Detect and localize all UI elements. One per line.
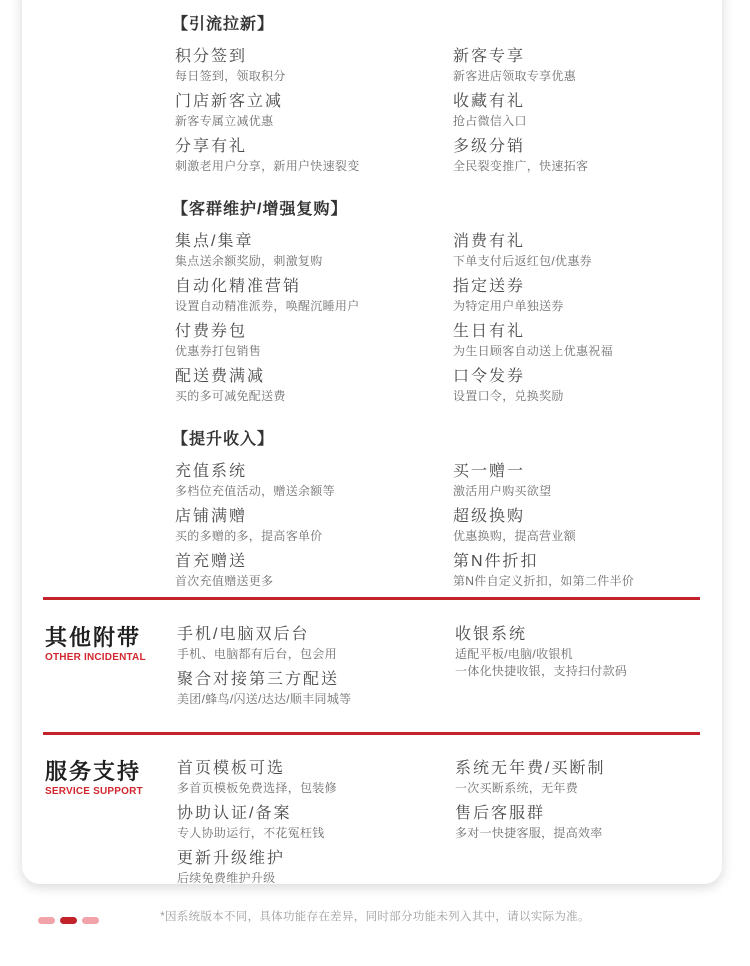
- feature-title: 售后客服群: [455, 804, 700, 824]
- band-side-heading: 其他附带 OTHER INCIDENTAL: [43, 625, 177, 664]
- feature-desc: 优惠换购，提高营业额: [453, 529, 702, 544]
- feature-desc: 为特定用户单独送券: [453, 299, 702, 314]
- feature-desc: 激活用户购买欲望: [453, 484, 702, 499]
- feature-title: 首页模板可选: [177, 759, 455, 779]
- feature-item: 口令发券 设置口令，兑换奖励: [453, 367, 702, 404]
- feature-title: 多级分销: [453, 137, 702, 157]
- feature-title: 新客专享: [453, 47, 702, 67]
- feature-desc: 设置自动精准派券，唤醒沉睡用户: [175, 299, 453, 314]
- feature-desc: 第N件自定义折扣，如第二件半价: [453, 574, 702, 589]
- feature-desc: 首次充值赠送更多: [175, 574, 453, 589]
- band-side-heading: 服务支持 SERVICE SUPPORT: [43, 759, 177, 798]
- feature-title: 第N件折扣: [453, 552, 702, 572]
- feature-title: 集点/集章: [175, 232, 453, 252]
- feature-item: 自动化精准营销 设置自动精准派券，唤醒沉睡用户: [175, 277, 453, 314]
- feature-title: 生日有礼: [453, 322, 702, 342]
- feature-title: 消费有礼: [453, 232, 702, 252]
- feature-desc: 为生日顾客自动送上优惠祝福: [453, 344, 702, 359]
- feature-title: 收藏有礼: [453, 92, 702, 112]
- feature-item: 更新升级维护 后续免费维护升级: [177, 849, 455, 886]
- feature-desc: 多首页模板免费选择，包装修: [177, 781, 455, 796]
- feature-title: 手机/电脑双后台: [177, 625, 455, 645]
- feature-title: 自动化精准营销: [175, 277, 453, 297]
- feature-item: 分享有礼 刺激老用户分享，新用户快速裂变: [175, 137, 453, 174]
- feature-item: 聚合对接第三方配送 美团/蜂鸟/闪送/达达/顺丰同城等: [177, 670, 455, 707]
- feature-item: 系统无年费/买断制 一次买断系统，无年费: [455, 759, 700, 796]
- feature-title: 买一赠一: [453, 462, 702, 482]
- feature-item: 多级分销 全民裂变推广，快速拓客: [453, 137, 702, 174]
- feature-item: 首页模板可选 多首页模板免费选择，包装修: [177, 759, 455, 796]
- feature-desc: 优惠券打包销售: [175, 344, 453, 359]
- feature-title: 收银系统: [455, 625, 700, 645]
- feature-title: 分享有礼: [175, 137, 453, 157]
- band-columns: 首页模板可选 多首页模板免费选择，包装修 协助认证/备案 专人协助运行，不花冤枉…: [177, 759, 700, 894]
- feature-item: 积分签到 每日签到，领取积分: [175, 47, 453, 84]
- marketing-feature-sections: 【引流拉新】 积分签到 每日签到，领取积分 新客专享 新客进店领取专享优惠 门店…: [22, 0, 722, 597]
- feature-item: 买一赠一 激活用户购买欲望: [453, 462, 702, 499]
- feature-item: 集点/集章 集点送余额奖励，刺激复购: [175, 232, 453, 269]
- feature-item: 配送费满减 买的多可减免配送费: [175, 367, 453, 404]
- feature-desc: 一次买断系统，无年费: [455, 781, 700, 796]
- feature-title: 口令发券: [453, 367, 702, 387]
- feature-item: 充值系统 多档位充值活动，赠送余额等: [175, 462, 453, 499]
- feature-title: 首充赠送: [175, 552, 453, 572]
- feature-item: 店铺满赠 买的多赠的多，提高客单价: [175, 507, 453, 544]
- feature-title: 超级换购: [453, 507, 702, 527]
- feature-title: 系统无年费/买断制: [455, 759, 700, 779]
- feature-title: 指定送券: [453, 277, 702, 297]
- feature-item: 收藏有礼 抢占微信入口: [453, 92, 702, 129]
- feature-item: 超级换购 优惠换购，提高营业额: [453, 507, 702, 544]
- section-header-revenue: 【提升收入】: [172, 431, 702, 449]
- feature-desc: 专人协助运行，不花冤枉钱: [177, 826, 455, 841]
- feature-desc: 抢占微信入口: [453, 114, 702, 129]
- feature-desc: 买的多赠的多，提高客单价: [175, 529, 453, 544]
- band-column-right: 系统无年费/买断制 一次买断系统，无年费 售后客服群 多对一快捷客服，提高效率: [455, 759, 700, 894]
- band-heading: 服务支持: [45, 759, 177, 784]
- feature-desc: 新客进店领取专享优惠: [453, 69, 702, 84]
- feature-desc: 买的多可减免配送费: [175, 389, 453, 404]
- band-other-incidental: 其他附带 OTHER INCIDENTAL 手机/电脑双后台 手机、电脑都有后台…: [43, 597, 700, 732]
- band-service-support: 服务支持 SERVICE SUPPORT 首页模板可选 多首页模板免费选择，包装…: [43, 732, 700, 908]
- feature-grid-revenue: 充值系统 多档位充值活动，赠送余额等 买一赠一 激活用户购买欲望 店铺满赠 买的…: [175, 462, 702, 597]
- band-heading: 其他附带: [45, 625, 177, 650]
- band-subheading: OTHER INCIDENTAL: [45, 652, 177, 664]
- feature-desc: 每日签到，领取积分: [175, 69, 453, 84]
- feature-title: 积分签到: [175, 47, 453, 67]
- feature-item: 付费券包 优惠券打包销售: [175, 322, 453, 359]
- feature-item: 售后客服群 多对一快捷客服，提高效率: [455, 804, 700, 841]
- feature-title: 聚合对接第三方配送: [177, 670, 455, 690]
- feature-grid-retention: 集点/集章 集点送余额奖励，刺激复购 消费有礼 下单支付后返红包/优惠券 自动化…: [175, 232, 702, 412]
- feature-desc: 新客专属立减优惠: [175, 114, 453, 129]
- footnote: *因系统版本不同，具体功能存在差异，同时部分功能未列入其中，请以实际为准。: [0, 910, 750, 925]
- feature-item: 第N件折扣 第N件自定义折扣，如第二件半价: [453, 552, 702, 589]
- feature-item: 收银系统 适配平板/电脑/收银机 一体化快捷收银，支持扫付款码: [455, 625, 700, 662]
- band-columns: 手机/电脑双后台 手机、电脑都有后台，包会用 聚合对接第三方配送 美团/蜂鸟/闪…: [177, 625, 700, 715]
- feature-item: 手机/电脑双后台 手机、电脑都有后台，包会用: [177, 625, 455, 662]
- feature-title: 付费券包: [175, 322, 453, 342]
- feature-item: 指定送券 为特定用户单独送券: [453, 277, 702, 314]
- feature-title: 充值系统: [175, 462, 453, 482]
- feature-title: 店铺满赠: [175, 507, 453, 527]
- feature-title: 门店新客立减: [175, 92, 453, 112]
- feature-item: 协助认证/备案 专人协助运行，不花冤枉钱: [177, 804, 455, 841]
- feature-title: 配送费满减: [175, 367, 453, 387]
- feature-desc: 集点送余额奖励，刺激复购: [175, 254, 453, 269]
- band-column-left: 首页模板可选 多首页模板免费选择，包装修 协助认证/备案 专人协助运行，不花冤枉…: [177, 759, 455, 894]
- feature-item: 新客专享 新客进店领取专享优惠: [453, 47, 702, 84]
- band-column-right: 收银系统 适配平板/电脑/收银机 一体化快捷收银，支持扫付款码: [455, 625, 700, 715]
- feature-desc: 美团/蜂鸟/闪送/达达/顺丰同城等: [177, 692, 455, 707]
- feature-item: 生日有礼 为生日顾客自动送上优惠祝福: [453, 322, 702, 359]
- feature-title: 协助认证/备案: [177, 804, 455, 824]
- feature-desc: 手机、电脑都有后台，包会用: [177, 647, 455, 662]
- feature-desc: 后续免费维护升级: [177, 871, 455, 886]
- feature-desc: 刺激老用户分享，新用户快速裂变: [175, 159, 453, 174]
- feature-item: 门店新客立减 新客专属立减优惠: [175, 92, 453, 129]
- feature-desc: 设置口令，兑换奖励: [453, 389, 702, 404]
- feature-grid-traffic: 积分签到 每日签到，领取积分 新客专享 新客进店领取专享优惠 门店新客立减 新客…: [175, 47, 702, 182]
- feature-desc: 多档位充值活动，赠送余额等: [175, 484, 453, 499]
- section-header-retention: 【客群维护/增强复购】: [172, 201, 702, 219]
- feature-item: 首充赠送 首次充值赠送更多: [175, 552, 453, 589]
- feature-title: 更新升级维护: [177, 849, 455, 869]
- feature-item: 消费有礼 下单支付后返红包/优惠券: [453, 232, 702, 269]
- band-subheading: SERVICE SUPPORT: [45, 786, 177, 798]
- feature-desc: 适配平板/电脑/收银机: [455, 647, 700, 662]
- section-header-traffic: 【引流拉新】: [172, 16, 702, 34]
- feature-desc-line2: 一体化快捷收银，支持扫付款码: [455, 664, 700, 679]
- feature-desc: 下单支付后返红包/优惠券: [453, 254, 702, 269]
- feature-desc: 多对一快捷客服，提高效率: [455, 826, 700, 841]
- feature-desc: 全民裂变推广，快速拓客: [453, 159, 702, 174]
- band-column-left: 手机/电脑双后台 手机、电脑都有后台，包会用 聚合对接第三方配送 美团/蜂鸟/闪…: [177, 625, 455, 715]
- feature-detail-card: 【引流拉新】 积分签到 每日签到，领取积分 新客专享 新客进店领取专享优惠 门店…: [22, 0, 722, 884]
